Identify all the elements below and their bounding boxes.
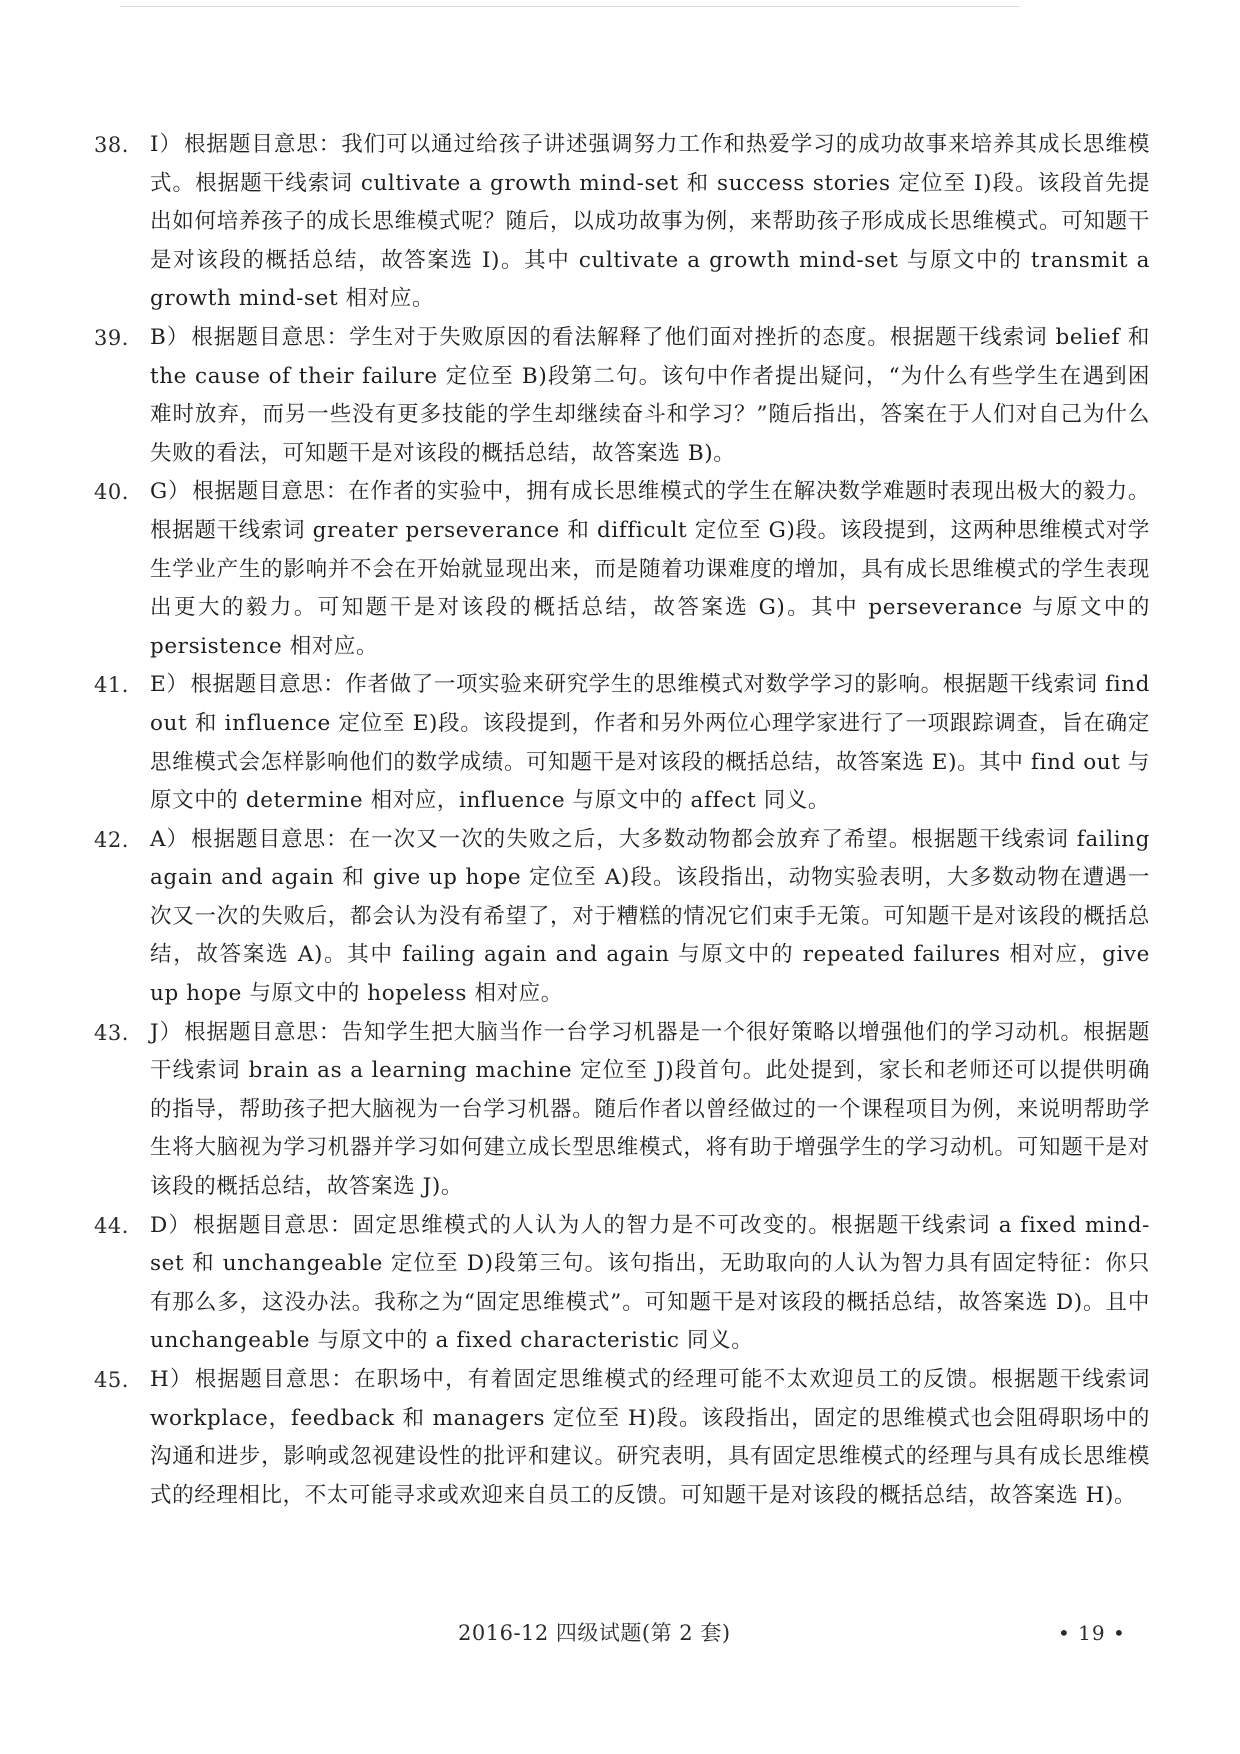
footer-exam-title: 2016-12 四级试题(第 2 套) (458, 1618, 731, 1648)
explanation-paragraph: D）根据题目意思：固定思维模式的人认为人的智力是不可改变的。根据题干线索词 a … (150, 1207, 1150, 1361)
question-number: 40. (94, 473, 150, 512)
answer-entry-44: 44. D）根据题目意思：固定思维模式的人认为人的智力是不可改变的。根据题干线索… (94, 1207, 1150, 1361)
question-number: 43. (94, 1014, 150, 1053)
explanation-paragraph: G）根据题目意思：在作者的实验中，拥有成长思维模式的学生在解决数学难题时表现出极… (150, 473, 1150, 666)
explanation-paragraph: I）根据题目意思：我们可以通过给孩子讲述强调努力工作和热爱学习的成功故事来培养其… (150, 126, 1150, 319)
explanation-paragraph: H）根据题目意思：在职场中，有着固定思维模式的经理可能不太欢迎员工的反馈。根据题… (150, 1361, 1150, 1515)
explanation-text: 根据题目意思：我们可以通过给孩子讲述强调努力工作和热爱学习的成功故事来培养其成长… (150, 132, 1150, 311)
question-number: 41. (94, 666, 150, 705)
answer-letter: D） (150, 1213, 191, 1238)
answer-entry-43: 43. J）根据题目意思：告知学生把大脑当作一台学习机器是一个很好策略以增强他们… (94, 1014, 1150, 1207)
answer-entry-39: 39. B）根据题目意思：学生对于失败原因的看法解释了他们面对挫折的态度。根据题… (94, 319, 1150, 473)
document-page: 38. I）根据题目意思：我们可以通过给孩子讲述强调努力工作和热爱学习的成功故事… (0, 0, 1240, 1754)
explanation-paragraph: A）根据题目意思：在一次又一次的失败之后，大多数动物都会放弃了希望。根据题干线索… (150, 821, 1150, 1014)
explanation-text: 根据题目意思：学生对于失败原因的看法解释了他们面对挫折的态度。根据题干线索词 b… (150, 325, 1150, 466)
answer-entry-41: 41. E）根据题目意思：作者做了一项实验来研究学生的思维模式对数学学习的影响。… (94, 666, 1150, 820)
explanation-paragraph: J）根据题目意思：告知学生把大脑当作一台学习机器是一个很好策略以增强他们的学习动… (150, 1014, 1150, 1207)
question-number: 44. (94, 1207, 150, 1246)
page-number: • 19 • (1058, 1618, 1126, 1648)
explanation-text: 根据题目意思：在职场中，有着固定思维模式的经理可能不太欢迎员工的反馈。根据题干线… (150, 1367, 1150, 1508)
explanation-text: 根据题目意思：告知学生把大脑当作一台学习机器是一个很好策略以增强他们的学习动机。… (150, 1020, 1150, 1199)
answer-letter: A） (150, 827, 189, 852)
explanation-paragraph: E）根据题目意思：作者做了一项实验来研究学生的思维模式对数学学习的影响。根据题干… (150, 666, 1150, 820)
answer-entry-40: 40. G）根据题目意思：在作者的实验中，拥有成长思维模式的学生在解决数学难题时… (94, 473, 1150, 666)
answer-entry-38: 38. I）根据题目意思：我们可以通过给孩子讲述强调努力工作和热爱学习的成功故事… (94, 126, 1150, 319)
explanation-text: 根据题目意思：在一次又一次的失败之后，大多数动物都会放弃了希望。根据题干线索词 … (150, 827, 1150, 1006)
answer-entry-42: 42. A）根据题目意思：在一次又一次的失败之后，大多数动物都会放弃了希望。根据… (94, 821, 1150, 1014)
answer-letter: B） (150, 325, 189, 350)
question-number: 38. (94, 126, 150, 165)
question-number: 42. (94, 821, 150, 860)
question-number: 45. (94, 1361, 150, 1400)
explanation-text: 根据题目意思：在作者的实验中，拥有成长思维模式的学生在解决数学难题时表现出极大的… (150, 479, 1150, 658)
answer-entry-45: 45. H）根据题目意思：在职场中，有着固定思维模式的经理可能不太欢迎员工的反馈… (94, 1361, 1150, 1515)
explanation-text: 根据题目意思：作者做了一项实验来研究学生的思维模式对数学学习的影响。根据题干线索… (150, 672, 1150, 813)
question-number: 39. (94, 319, 150, 358)
answer-letter: E） (150, 672, 188, 697)
answer-letter: I） (150, 132, 182, 157)
page-footer: 2016-12 四级试题(第 2 套) • 19 • (0, 1618, 1240, 1658)
answer-letter: G） (150, 479, 190, 504)
answer-letter: H） (150, 1367, 193, 1392)
scan-edge-rule (120, 6, 1020, 7)
answer-letter: J） (150, 1020, 182, 1045)
answer-explanations: 38. I）根据题目意思：我们可以通过给孩子讲述强调努力工作和热爱学习的成功故事… (94, 126, 1150, 1515)
explanation-paragraph: B）根据题目意思：学生对于失败原因的看法解释了他们面对挫折的态度。根据题干线索词… (150, 319, 1150, 473)
explanation-text: 根据题目意思：固定思维模式的人认为人的智力是不可改变的。根据题干线索词 a fi… (150, 1213, 1150, 1354)
